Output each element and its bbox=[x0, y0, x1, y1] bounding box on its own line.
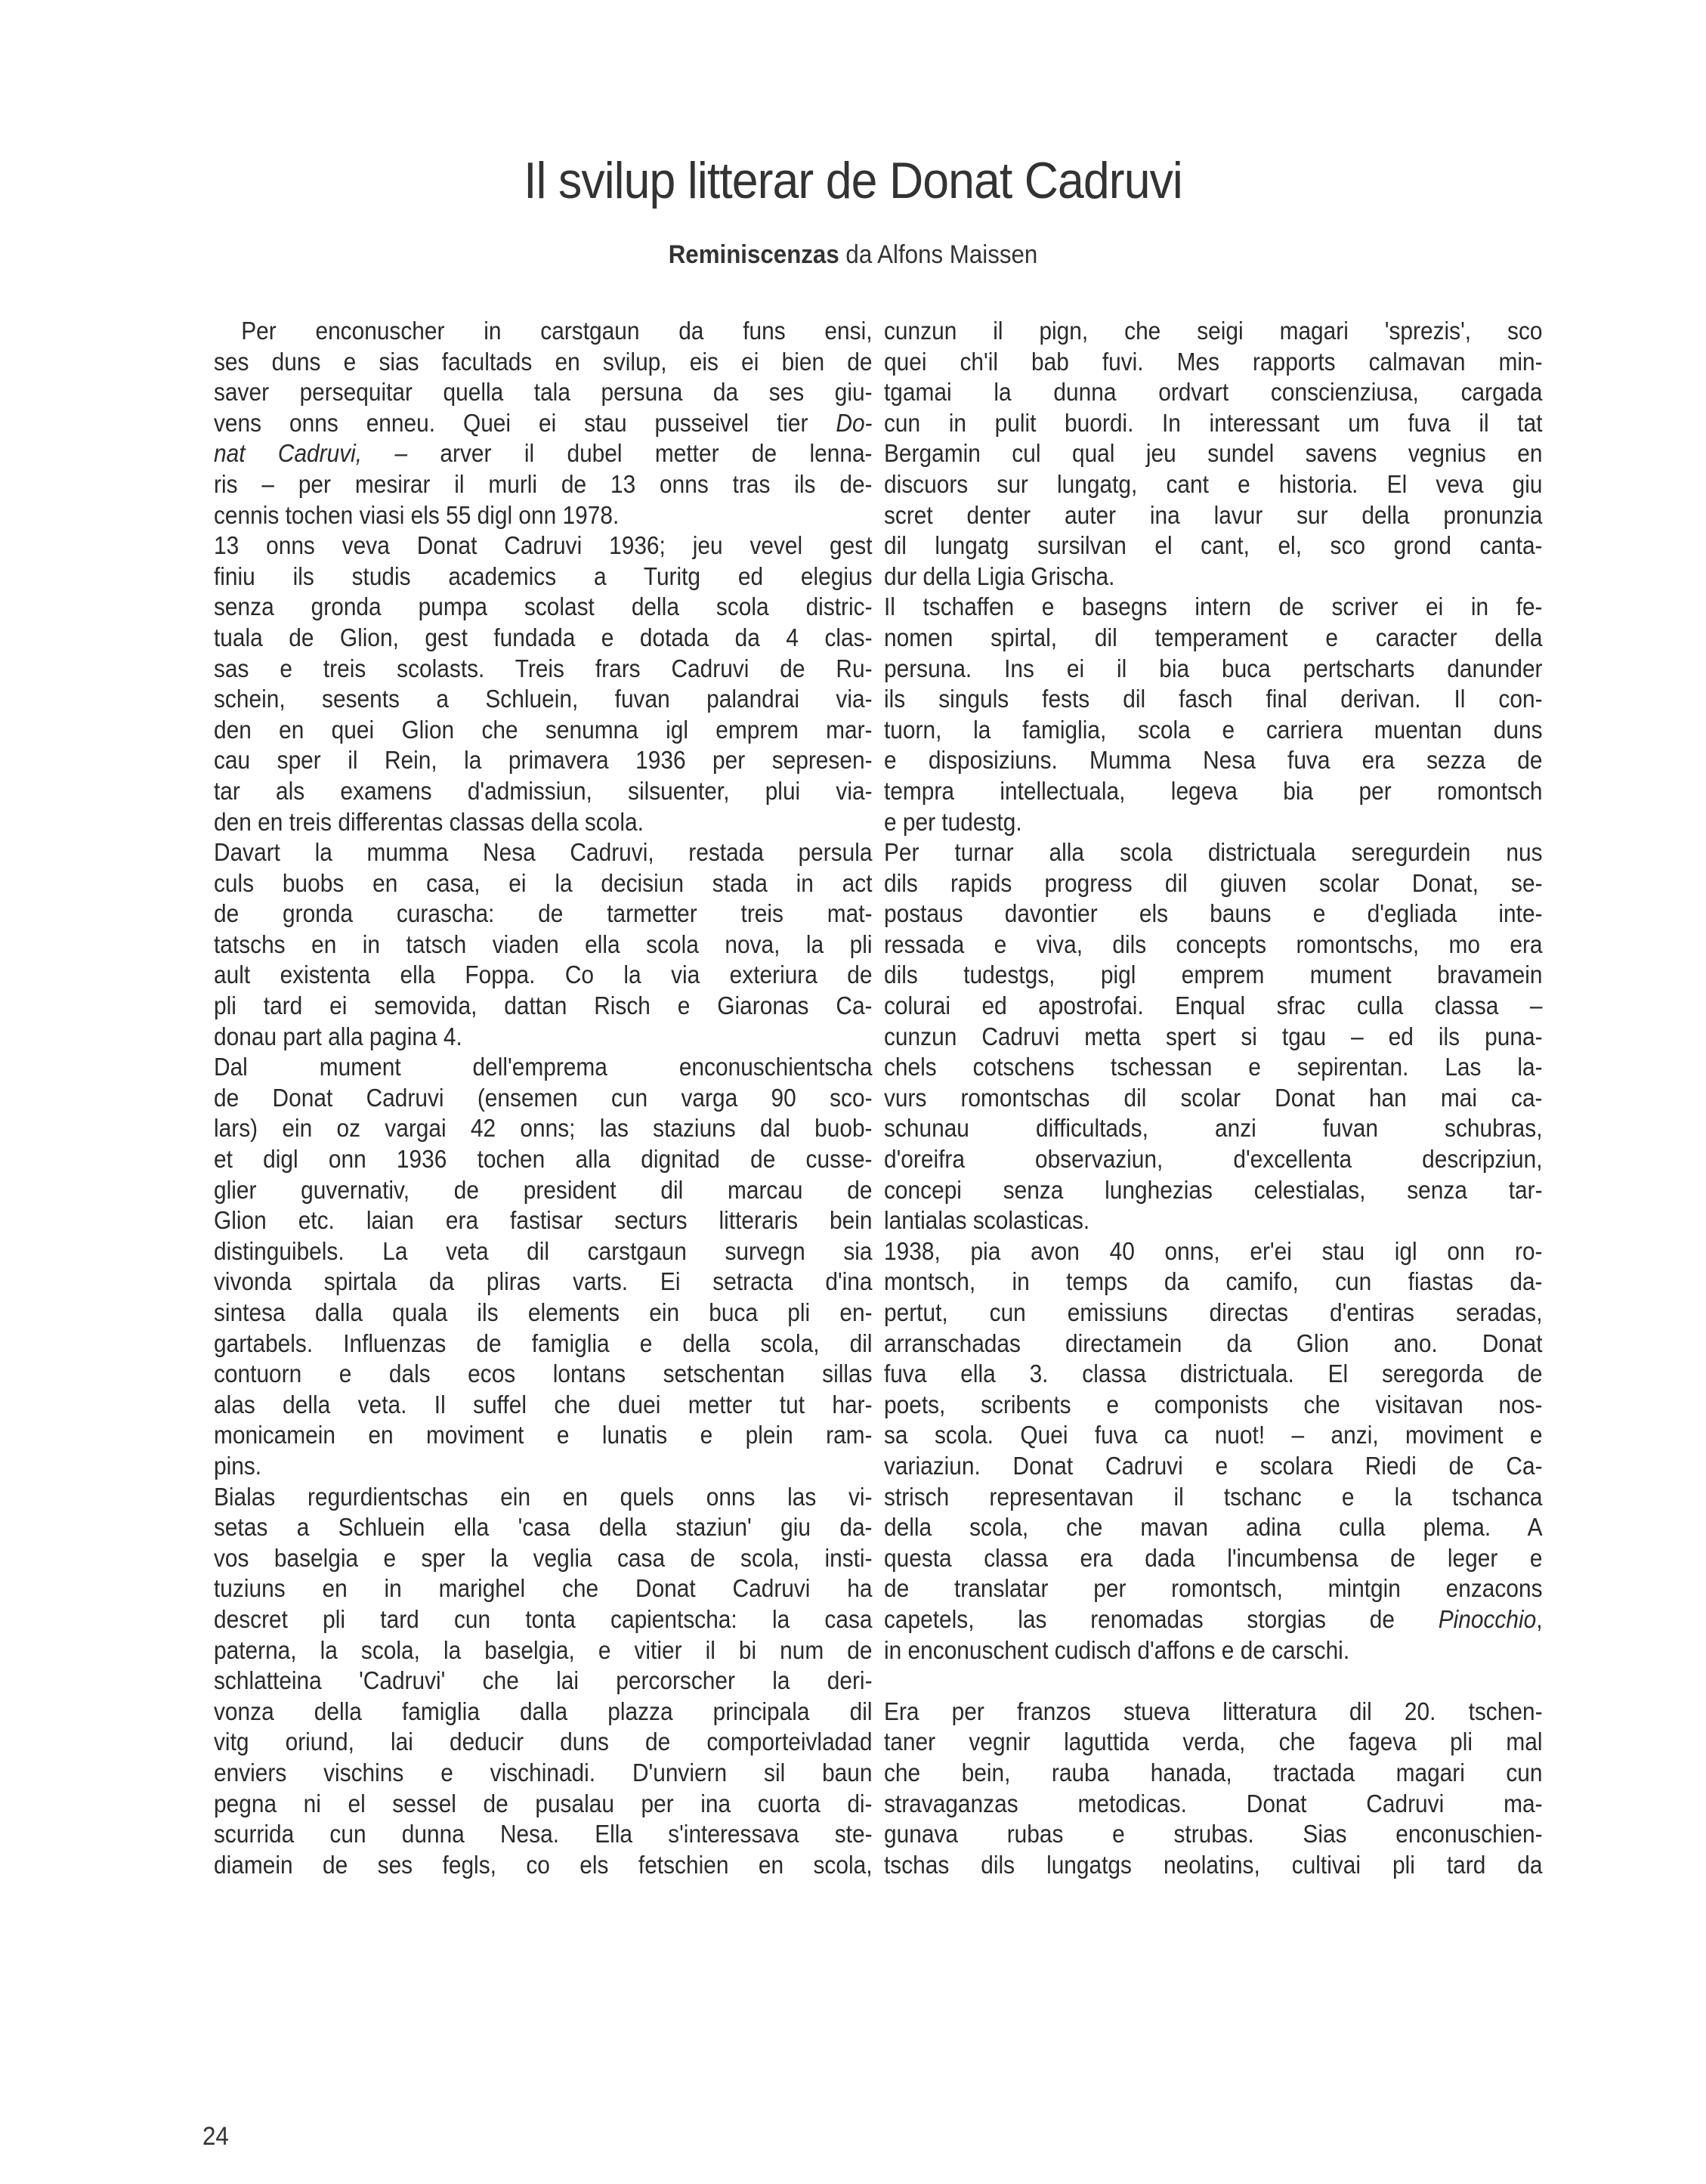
text-column-right: cunzun il pign, che seigi magari 'sprezi… bbox=[884, 316, 1543, 1880]
article-title: Il svilup litterar de Donat Cadruvi bbox=[68, 151, 1637, 210]
text-line: concepi senza lunghezias celestialas, se… bbox=[884, 1175, 1543, 1206]
text-line: ault existenta ella Foppa. Co la via ext… bbox=[214, 960, 873, 991]
text-line: della scola, che mavan adina culla plema… bbox=[884, 1512, 1543, 1543]
text-line: tar als examens d'admissiun, silsuenter,… bbox=[214, 776, 873, 807]
text-line: pins. bbox=[214, 1451, 873, 1482]
text-line: tuziuns en in marighel che Donat Cadruvi… bbox=[214, 1573, 873, 1604]
text-line: che bein, rauba hanada, tractada magari … bbox=[884, 1758, 1543, 1789]
text-line: nomen spirtal, dil temperament e caracte… bbox=[884, 623, 1543, 654]
text-line: lars) ein oz vargai 42 onns; las staziun… bbox=[214, 1113, 873, 1144]
text-line: dur della Ligia Grischa. bbox=[884, 561, 1543, 592]
text-line: ses duns e sias facultads en svilup, eis… bbox=[214, 347, 873, 378]
text-line: quei ch'il bab fuvi. Mes rapports calmav… bbox=[884, 347, 1543, 378]
text-line: e per tudestg. bbox=[884, 807, 1543, 838]
text-line: vurs romontschas dil scolar Donat han ma… bbox=[884, 1083, 1543, 1114]
article-subtitle: Reminiscenzas da Alfons Maissen bbox=[68, 240, 1637, 270]
text-line: finiu ils studis academics a Turitg ed e… bbox=[214, 561, 873, 592]
text-line: scurrida cun dunna Nesa. Ella s'interess… bbox=[214, 1819, 873, 1850]
text-line: questa classa era dada l'incumbensa de l… bbox=[884, 1543, 1543, 1574]
text-line: et digl onn 1936 tochen alla dignitad de… bbox=[214, 1144, 873, 1175]
text-line: Bergamin cul qual jeu sundel savens vegn… bbox=[884, 438, 1543, 469]
text-line: schein, sesents a Schluein, fuvan paland… bbox=[214, 684, 873, 715]
text-line: sa scola. Quei fuva ca nuot! – anzi, mov… bbox=[884, 1420, 1543, 1451]
text-line: Il tschaffen e basegns intern de scriver… bbox=[884, 592, 1543, 623]
text-line: vivonda spirtala da pliras varts. Ei set… bbox=[214, 1267, 873, 1298]
text-line: senza gronda pumpa scolast della scola d… bbox=[214, 592, 873, 623]
text-line: gartabels. Influenzas de famiglia e dell… bbox=[214, 1329, 873, 1360]
text-line: sas e treis scolasts. Treis frars Cadruv… bbox=[214, 654, 873, 685]
text-line: schunau difficultads, anzi fuvan schubra… bbox=[884, 1113, 1543, 1144]
text-line: enviers vischins e vischinadi. D'unviern… bbox=[214, 1758, 873, 1789]
text-line: scret denter auter ina lavur sur della p… bbox=[884, 500, 1543, 531]
text-line: colurai ed apostrofai. Enqual sfrac cull… bbox=[884, 991, 1543, 1022]
subtitle-author: da Alfons Maissen bbox=[839, 240, 1038, 269]
text-line: tschas dils lungatgs neolatins, cultivai… bbox=[884, 1850, 1543, 1881]
text-line: stravaganzas metodicas. Donat Cadruvi ma… bbox=[884, 1789, 1543, 1820]
text-line: de Donat Cadruvi (ensemen cun varga 90 s… bbox=[214, 1083, 873, 1114]
text-line: pertut, cun emissiuns directas d'entiras… bbox=[884, 1298, 1543, 1329]
text-line: tuala de Glion, gest fundada e dotada da… bbox=[214, 623, 873, 654]
paragraph-gap bbox=[884, 1666, 1543, 1697]
text-line: glier guvernativ, de president dil marca… bbox=[214, 1175, 873, 1206]
text-line: ris – per mesirar il murli de 13 onns tr… bbox=[214, 469, 873, 500]
text-line: Davart la mumma Nesa Cadruvi, restada pe… bbox=[214, 837, 873, 868]
text-line: pegna ni el sessel de pusalau per ina cu… bbox=[214, 1789, 873, 1820]
text-line: tgamai la dunna ordvart conscienziusa, c… bbox=[884, 377, 1543, 408]
text-line: contuorn e dals ecos lontans setschentan… bbox=[214, 1359, 873, 1390]
italic-text: nat Cadruvi, bbox=[214, 439, 362, 467]
text-line: monicamein en moviment e lunatis e plein… bbox=[214, 1420, 873, 1451]
text-line: strisch representavan il tschanc e la ts… bbox=[884, 1482, 1543, 1513]
text-line: cau sper il Rein, la primavera 1936 per … bbox=[214, 745, 873, 776]
text-line: distinguibels. La veta dil carstgaun sur… bbox=[214, 1236, 873, 1267]
text-line: d'oreifra observaziun, d'excellenta desc… bbox=[884, 1144, 1543, 1175]
text-line: poets, scribents e componists che visita… bbox=[884, 1390, 1543, 1421]
text-line: nat Cadruvi, – arver il dubel metter de … bbox=[214, 438, 873, 469]
text-line: in enconuschent cudisch d'affons e de ca… bbox=[884, 1635, 1543, 1666]
text-line: cennis tochen viasi els 55 digl onn 1978… bbox=[214, 500, 873, 531]
text-line: sintesa dalla quala ils elements ein buc… bbox=[214, 1298, 873, 1329]
text-line: capetels, las renomadas storgias de Pino… bbox=[884, 1604, 1543, 1635]
text-line: descret pli tard cun tonta capientscha: … bbox=[214, 1604, 873, 1635]
subtitle-label: Reminiscenzas bbox=[669, 240, 839, 269]
text-line: 1938, pia avon 40 onns, er'ei stau igl o… bbox=[884, 1236, 1543, 1267]
text-line: den en quei Glion che senumna igl emprem… bbox=[214, 715, 873, 746]
text-line: vonza della famiglia dalla plazza princi… bbox=[214, 1697, 873, 1728]
text-line: pli tard ei semovida, dattan Risch e Gia… bbox=[214, 991, 873, 1022]
text-line: dils rapids progress dil giuven scolar D… bbox=[884, 868, 1543, 899]
text-line: discuors sur lungatg, cant e historia. E… bbox=[884, 469, 1543, 500]
text-line: vos baselgia e sper la veglia casa de sc… bbox=[214, 1543, 873, 1574]
text-line: 13 onns veva Donat Cadruvi 1936; jeu vev… bbox=[214, 531, 873, 561]
text-line: den en treis differentas classas della s… bbox=[214, 807, 873, 838]
text-line: Per turnar alla scola districtuala sereg… bbox=[884, 837, 1543, 868]
text-line: Bialas regurdientschas ein en quels onns… bbox=[214, 1482, 873, 1513]
text-line: tuorn, la famiglia, scola e carriera mue… bbox=[884, 715, 1543, 746]
text-line: diamein de ses fegls, co els fetschien e… bbox=[214, 1850, 873, 1881]
text-line: dils tudestgs, pigl emprem mument bravam… bbox=[884, 960, 1543, 991]
text-line: saver persequitar quella tala persuna da… bbox=[214, 377, 873, 408]
text-line: setas a Schluein ella 'casa della staziu… bbox=[214, 1512, 873, 1543]
text-line: arranschadas directamein da Glion ano. D… bbox=[884, 1329, 1543, 1360]
text-line: paterna, la scola, la baselgia, e vitier… bbox=[214, 1635, 873, 1666]
page-number: 24 bbox=[202, 2122, 229, 2152]
text-line: Per enconuscher in carstgaun da funs ens… bbox=[214, 316, 873, 347]
text-line: variaziun. Donat Cadruvi e scolara Riedi… bbox=[884, 1451, 1543, 1482]
text-line: e disposiziuns. Mumma Nesa fuva era sezz… bbox=[884, 745, 1543, 776]
text-line: ils singuls fests dil fasch final deriva… bbox=[884, 684, 1543, 715]
text-line: persuna. Ins ei il bia buca pertscharts … bbox=[884, 654, 1543, 685]
text-line: de translatar per romontsch, mintgin enz… bbox=[884, 1573, 1543, 1604]
text-line: Glion etc. laian era fastisar secturs li… bbox=[214, 1205, 873, 1236]
italic-text: Pinocchio bbox=[1439, 1605, 1536, 1633]
text-line: de gronda curascha: de tarmetter treis m… bbox=[214, 899, 873, 930]
text-line: ressada e viva, dils concepts romontschs… bbox=[884, 930, 1543, 961]
text-line: alas della veta. Il suffel che duei mett… bbox=[214, 1390, 873, 1421]
text-line: schlatteina 'Cadruvi' che lai percorsche… bbox=[214, 1666, 873, 1697]
text-line: culs buobs en casa, ei la decisiun stada… bbox=[214, 868, 873, 899]
italic-text: Do- bbox=[836, 409, 872, 437]
text-line: lantialas scolasticas. bbox=[884, 1205, 1543, 1236]
text-line: montsch, in temps da camifo, cun fiastas… bbox=[884, 1267, 1543, 1298]
text-line: vens onns enneu. Quei ei stau pusseivel … bbox=[214, 408, 873, 439]
text-column-left: Per enconuscher in carstgaun da funs ens… bbox=[214, 316, 873, 1880]
text-line: taner vegnir laguttida verda, che fageva… bbox=[884, 1727, 1543, 1758]
text-line: tempra intellectuala, legeva bia per rom… bbox=[884, 776, 1543, 807]
text-line: fuva ella 3. classa districtuala. El ser… bbox=[884, 1359, 1543, 1390]
text-line: chels cotschens tschessan e sepirentan. … bbox=[884, 1052, 1543, 1083]
text-line: Dal mument dell'emprema enconuschientsch… bbox=[214, 1052, 873, 1083]
text-line: cunzun il pign, che seigi magari 'sprezi… bbox=[884, 316, 1543, 347]
text-line: donau part alla pagina 4. bbox=[214, 1022, 873, 1053]
text-line: postaus davontier els bauns e d'egliada … bbox=[884, 899, 1543, 930]
text-line: gunava rubas e strubas. Sias enconuschie… bbox=[884, 1819, 1543, 1850]
text-line: cunzun Cadruvi metta spert si tgau – ed … bbox=[884, 1022, 1543, 1053]
text-line: Era per franzos stueva litteratura dil 2… bbox=[884, 1697, 1543, 1728]
text-line: dil lungatg sursilvan el cant, el, sco g… bbox=[884, 531, 1543, 561]
text-line: vitg oriund, lai deducir duns de comport… bbox=[214, 1727, 873, 1758]
text-line: tatschs en in tatsch viaden ella scola n… bbox=[214, 930, 873, 961]
text-line: cun in pulit buordi. In interessant um f… bbox=[884, 408, 1543, 439]
